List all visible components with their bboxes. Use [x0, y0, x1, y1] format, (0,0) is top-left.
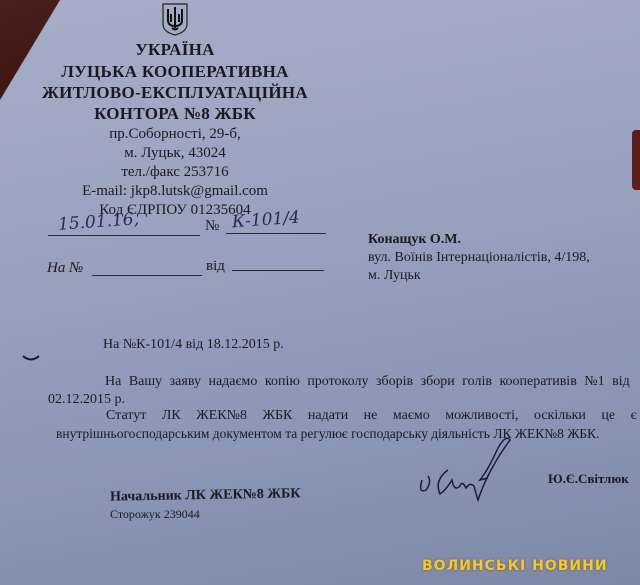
incoming-ref-underline [92, 275, 202, 276]
outgoing-number-label: № [205, 218, 219, 235]
date-underline [48, 235, 200, 236]
signer-name: Ю.Є.Світлюк [548, 471, 629, 487]
paragraph2-line1: Статут ЛК ЖЕК№8 ЖБК надати не маємо можл… [106, 408, 637, 424]
org-name-line2: ЖИТЛОВО-ЕКСПЛУАТАЦІЙНА [0, 83, 350, 103]
phone-fax: тел./факс 253716 [0, 164, 350, 181]
position-title: Начальник ЛК ЖЕК№8 ЖБК [110, 486, 301, 505]
handwritten-signature [418, 430, 518, 510]
recipient-name: Конащук О.М. [368, 232, 461, 248]
paragraph1-line2: 02.12.2015 р. [48, 392, 125, 408]
executor-note: Сторожук 239044 [110, 507, 200, 522]
recipient-street: вул. Воїнів Інтернаціоналістів, 4/198, [368, 250, 590, 266]
news-watermark: ВОЛИНСЬКІ НОВИНИ [422, 558, 608, 574]
incoming-ref-label: На № [47, 260, 83, 277]
country-heading: УКРАЇНА [0, 40, 350, 60]
number-underline [226, 233, 326, 234]
incoming-from-label: від [206, 258, 225, 275]
org-name-line3: КОНТОРА №8 ЖБК [0, 104, 350, 124]
trident-emblem-icon [160, 2, 190, 36]
paragraph1-line1: На Вашу заяву надаємо копію протоколу зб… [105, 374, 630, 390]
address-street: пр.Соборності, 29-б, [0, 126, 350, 143]
outgoing-date: 15.01.16, [57, 209, 139, 235]
org-name-line1: ЛУЦЬКА КООПЕРАТИВНА [0, 62, 350, 82]
incoming-from-underline [232, 270, 324, 271]
email-address: E-mail: jkp8.lutsk@gmail.com [0, 183, 350, 200]
ink-mark [22, 355, 40, 363]
reference-line: На №К-101/4 від 18.12.2015 р. [103, 337, 284, 353]
outgoing-number: К-101/4 [231, 208, 300, 233]
wood-background-edge [632, 130, 640, 190]
address-city: м. Луцьк, 43024 [0, 145, 350, 162]
recipient-city: м. Луцьк [368, 268, 421, 284]
